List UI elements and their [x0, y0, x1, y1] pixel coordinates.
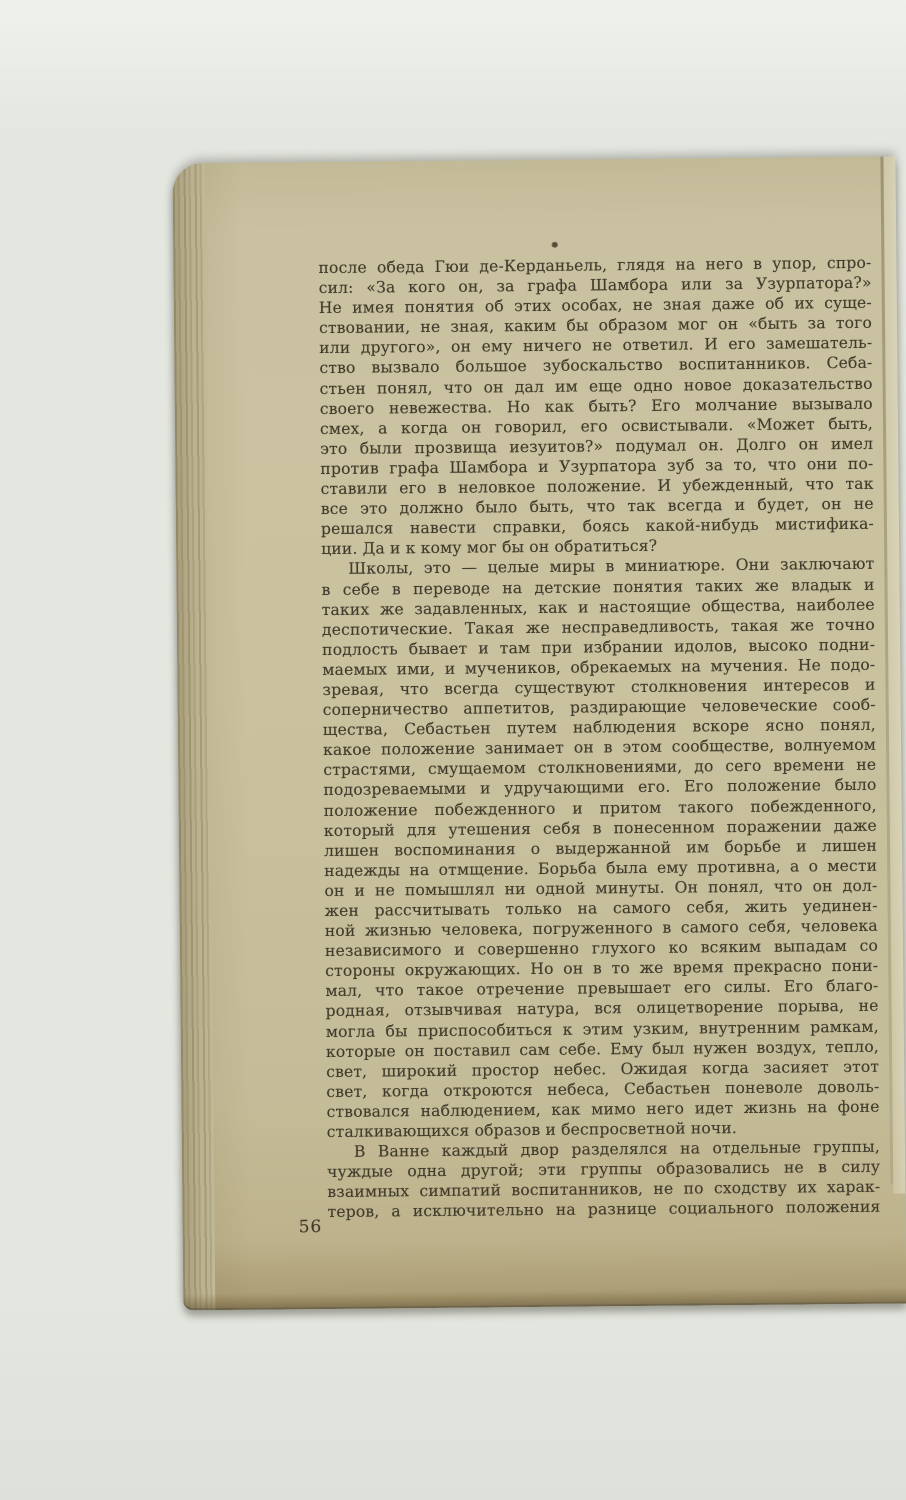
page-text-block: после обеда Гюи де-Керданьель, глядя на …	[318, 253, 880, 1223]
scan-background: { "book_page": { "page_number": "56", "c…	[0, 0, 906, 1500]
page-edge-stack	[172, 163, 215, 1310]
page-bottom-edge	[183, 1287, 906, 1310]
ink-speck	[551, 242, 558, 248]
book-page: после обеда Гюи де-Керданьель, глядя на …	[172, 156, 906, 1310]
text-line: теров, а исключительно на разнице социал…	[327, 1197, 880, 1222]
page-number: 56	[299, 1217, 323, 1237]
